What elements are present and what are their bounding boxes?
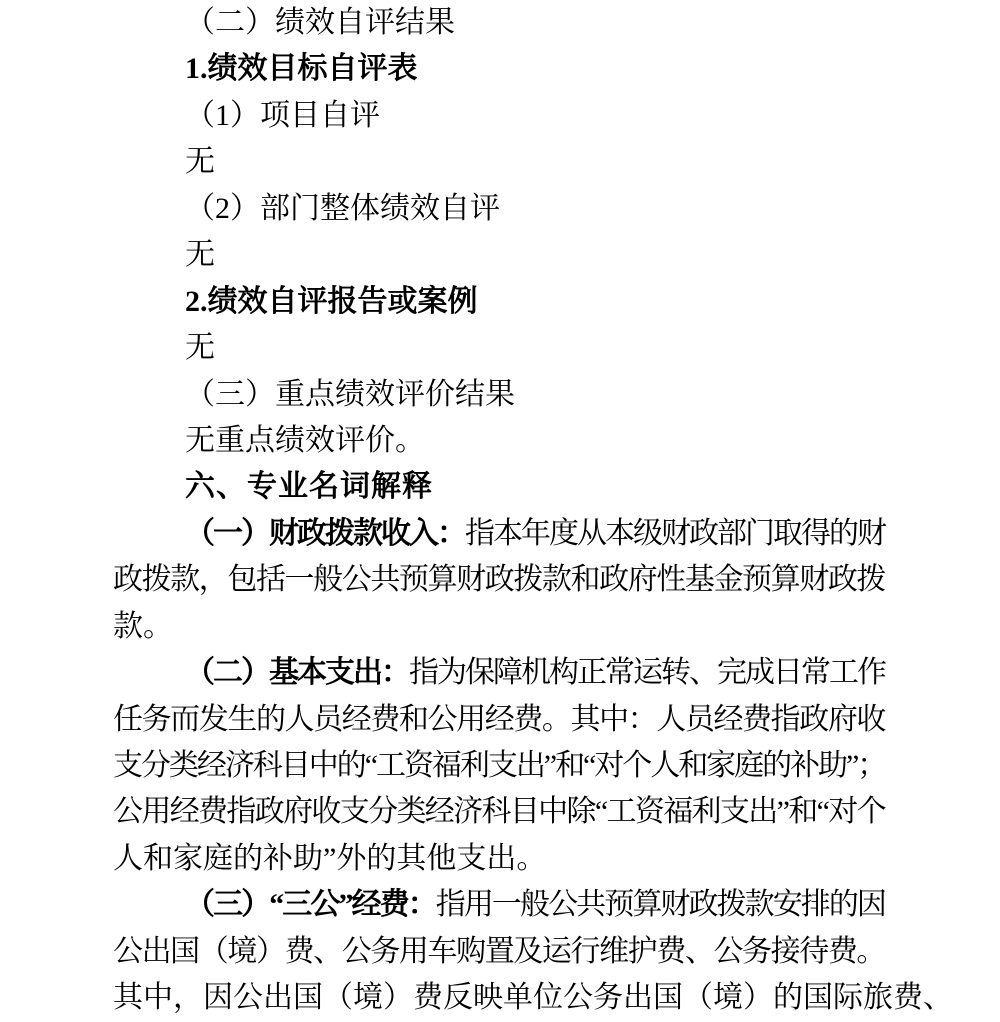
document-line: 公出国（境）费、公务用车购置及运行维护费、公务接待费。 <box>113 929 885 975</box>
document-line: 2.绩效自评报告或案例 <box>113 279 885 325</box>
document-line: 无重点绩效评价。 <box>113 418 885 464</box>
text-run: 无 <box>185 145 215 178</box>
line-text: 六、专业名词解释 <box>185 464 433 510</box>
text-run: 公出国（境）费、公务用车购置及运行维护费、公务接待费。 <box>113 935 885 968</box>
document-line: （1）项目自评 <box>113 93 885 139</box>
document-line: 其中，因公出国（境）费反映单位公务出国（境）的国际旅费、 <box>113 975 885 1021</box>
line-text: （三）“三公”经费：指用一般公共预算财政拨款安排的因 <box>185 882 885 928</box>
document-line: 人和家庭的补助”外的其他支出。 <box>113 836 885 882</box>
text-run: 无重点绩效评价。 <box>185 424 425 457</box>
text-run: 款。 <box>113 610 173 643</box>
document-line: 无 <box>113 232 885 278</box>
document-line: （二）绩效自评结果 <box>113 0 885 46</box>
text-run: 人和家庭的补助”外的其他支出。 <box>113 842 546 875</box>
text-run: 其中，因公出国（境）费反映单位公务出国（境）的国际旅费、 <box>113 981 953 1014</box>
line-text: （二）基本支出：指为保障机构正常运转、完成日常工作 <box>185 650 885 696</box>
line-text: 款。 <box>113 604 173 650</box>
text-run: 指本年度从本级财政部门取得的财 <box>465 517 885 550</box>
document-line: 公用经费指政府收支分类经济科目中除“工资福利支出”和“对个 <box>113 789 885 835</box>
text-run: 指用一般公共预算财政拨款安排的因 <box>436 888 885 921</box>
document-line: 款。 <box>113 604 885 650</box>
text-run: 无 <box>185 331 215 364</box>
line-text: 任务而发生的人员经费和公用经费。其中：人员经费指政府收 <box>113 697 885 743</box>
line-text: 无 <box>185 325 215 371</box>
text-run: 公用经费指政府收支分类经济科目中除“工资福利支出”和“对个 <box>113 795 885 828</box>
line-text: 无 <box>185 232 215 278</box>
term-label: （二）基本支出： <box>185 656 409 689</box>
text-run: 六、专业名词解释 <box>185 470 433 503</box>
document-line: 无 <box>113 139 885 185</box>
document-line: 无 <box>113 325 885 371</box>
term-label: （一）财政拨款收入： <box>185 517 465 550</box>
text-run: （三）重点绩效评价结果 <box>185 378 515 411</box>
line-text: 其中，因公出国（境）费反映单位公务出国（境）的国际旅费、 <box>113 975 953 1021</box>
line-text: 政拨款，包括一般公共预算财政拨款和政府性基金预算财政拨 <box>113 557 885 603</box>
document-line: 六、专业名词解释 <box>113 464 885 510</box>
text-run: 1.绩效目标自评表 <box>185 52 418 85</box>
line-text: 支分类经济科目中的“工资福利支出”和“对个人和家庭的补助”； <box>113 743 885 789</box>
line-text: 公出国（境）费、公务用车购置及运行维护费、公务接待费。 <box>113 929 885 975</box>
text-run: 2.绩效自评报告或案例 <box>185 285 478 318</box>
line-text: 无 <box>185 139 215 185</box>
document-line: 任务而发生的人员经费和公用经费。其中：人员经费指政府收 <box>113 697 885 743</box>
line-text: 公用经费指政府收支分类经济科目中除“工资福利支出”和“对个 <box>113 789 885 835</box>
text-run: （2）部门整体绩效自评 <box>185 192 500 225</box>
document-line: （二）基本支出：指为保障机构正常运转、完成日常工作 <box>113 650 885 696</box>
document-page: （二）绩效自评结果1.绩效目标自评表（1）项目自评无（2）部门整体绩效自评无2.… <box>0 0 1000 1022</box>
document-line: （三）“三公”经费：指用一般公共预算财政拨款安排的因 <box>113 882 885 928</box>
line-text: （2）部门整体绩效自评 <box>185 186 500 232</box>
line-text: 无重点绩效评价。 <box>185 418 425 464</box>
line-text: （三）重点绩效评价结果 <box>185 372 515 418</box>
line-text: 2.绩效自评报告或案例 <box>185 279 478 325</box>
text-run: （二）绩效自评结果 <box>185 6 455 39</box>
document-line: （一）财政拨款收入：指本年度从本级财政部门取得的财 <box>113 511 885 557</box>
document-line: 1.绩效目标自评表 <box>113 46 885 92</box>
line-text: 1.绩效目标自评表 <box>185 46 418 92</box>
text-run: 支分类经济科目中的“工资福利支出”和“对个人和家庭的补助”； <box>113 749 885 782</box>
document-line: （三）重点绩效评价结果 <box>113 372 885 418</box>
text-run: 任务而发生的人员经费和公用经费。其中：人员经费指政府收 <box>113 703 885 736</box>
line-text: （二）绩效自评结果 <box>185 0 455 46</box>
document-line: （2）部门整体绩效自评 <box>113 186 885 232</box>
document-line: 支分类经济科目中的“工资福利支出”和“对个人和家庭的补助”； <box>113 743 885 789</box>
text-run: （1）项目自评 <box>185 99 380 132</box>
term-label: （三）“三公”经费： <box>185 888 436 921</box>
text-run: 政拨款，包括一般公共预算财政拨款和政府性基金预算财政拨 <box>113 563 885 596</box>
text-run: 无 <box>185 238 215 271</box>
line-text: 人和家庭的补助”外的其他支出。 <box>113 836 546 882</box>
text-run: 指为保障机构正常运转、完成日常工作 <box>409 656 885 689</box>
line-text: （一）财政拨款收入：指本年度从本级财政部门取得的财 <box>185 511 885 557</box>
line-text: （1）项目自评 <box>185 93 380 139</box>
document-line: 政拨款，包括一般公共预算财政拨款和政府性基金预算财政拨 <box>113 557 885 603</box>
